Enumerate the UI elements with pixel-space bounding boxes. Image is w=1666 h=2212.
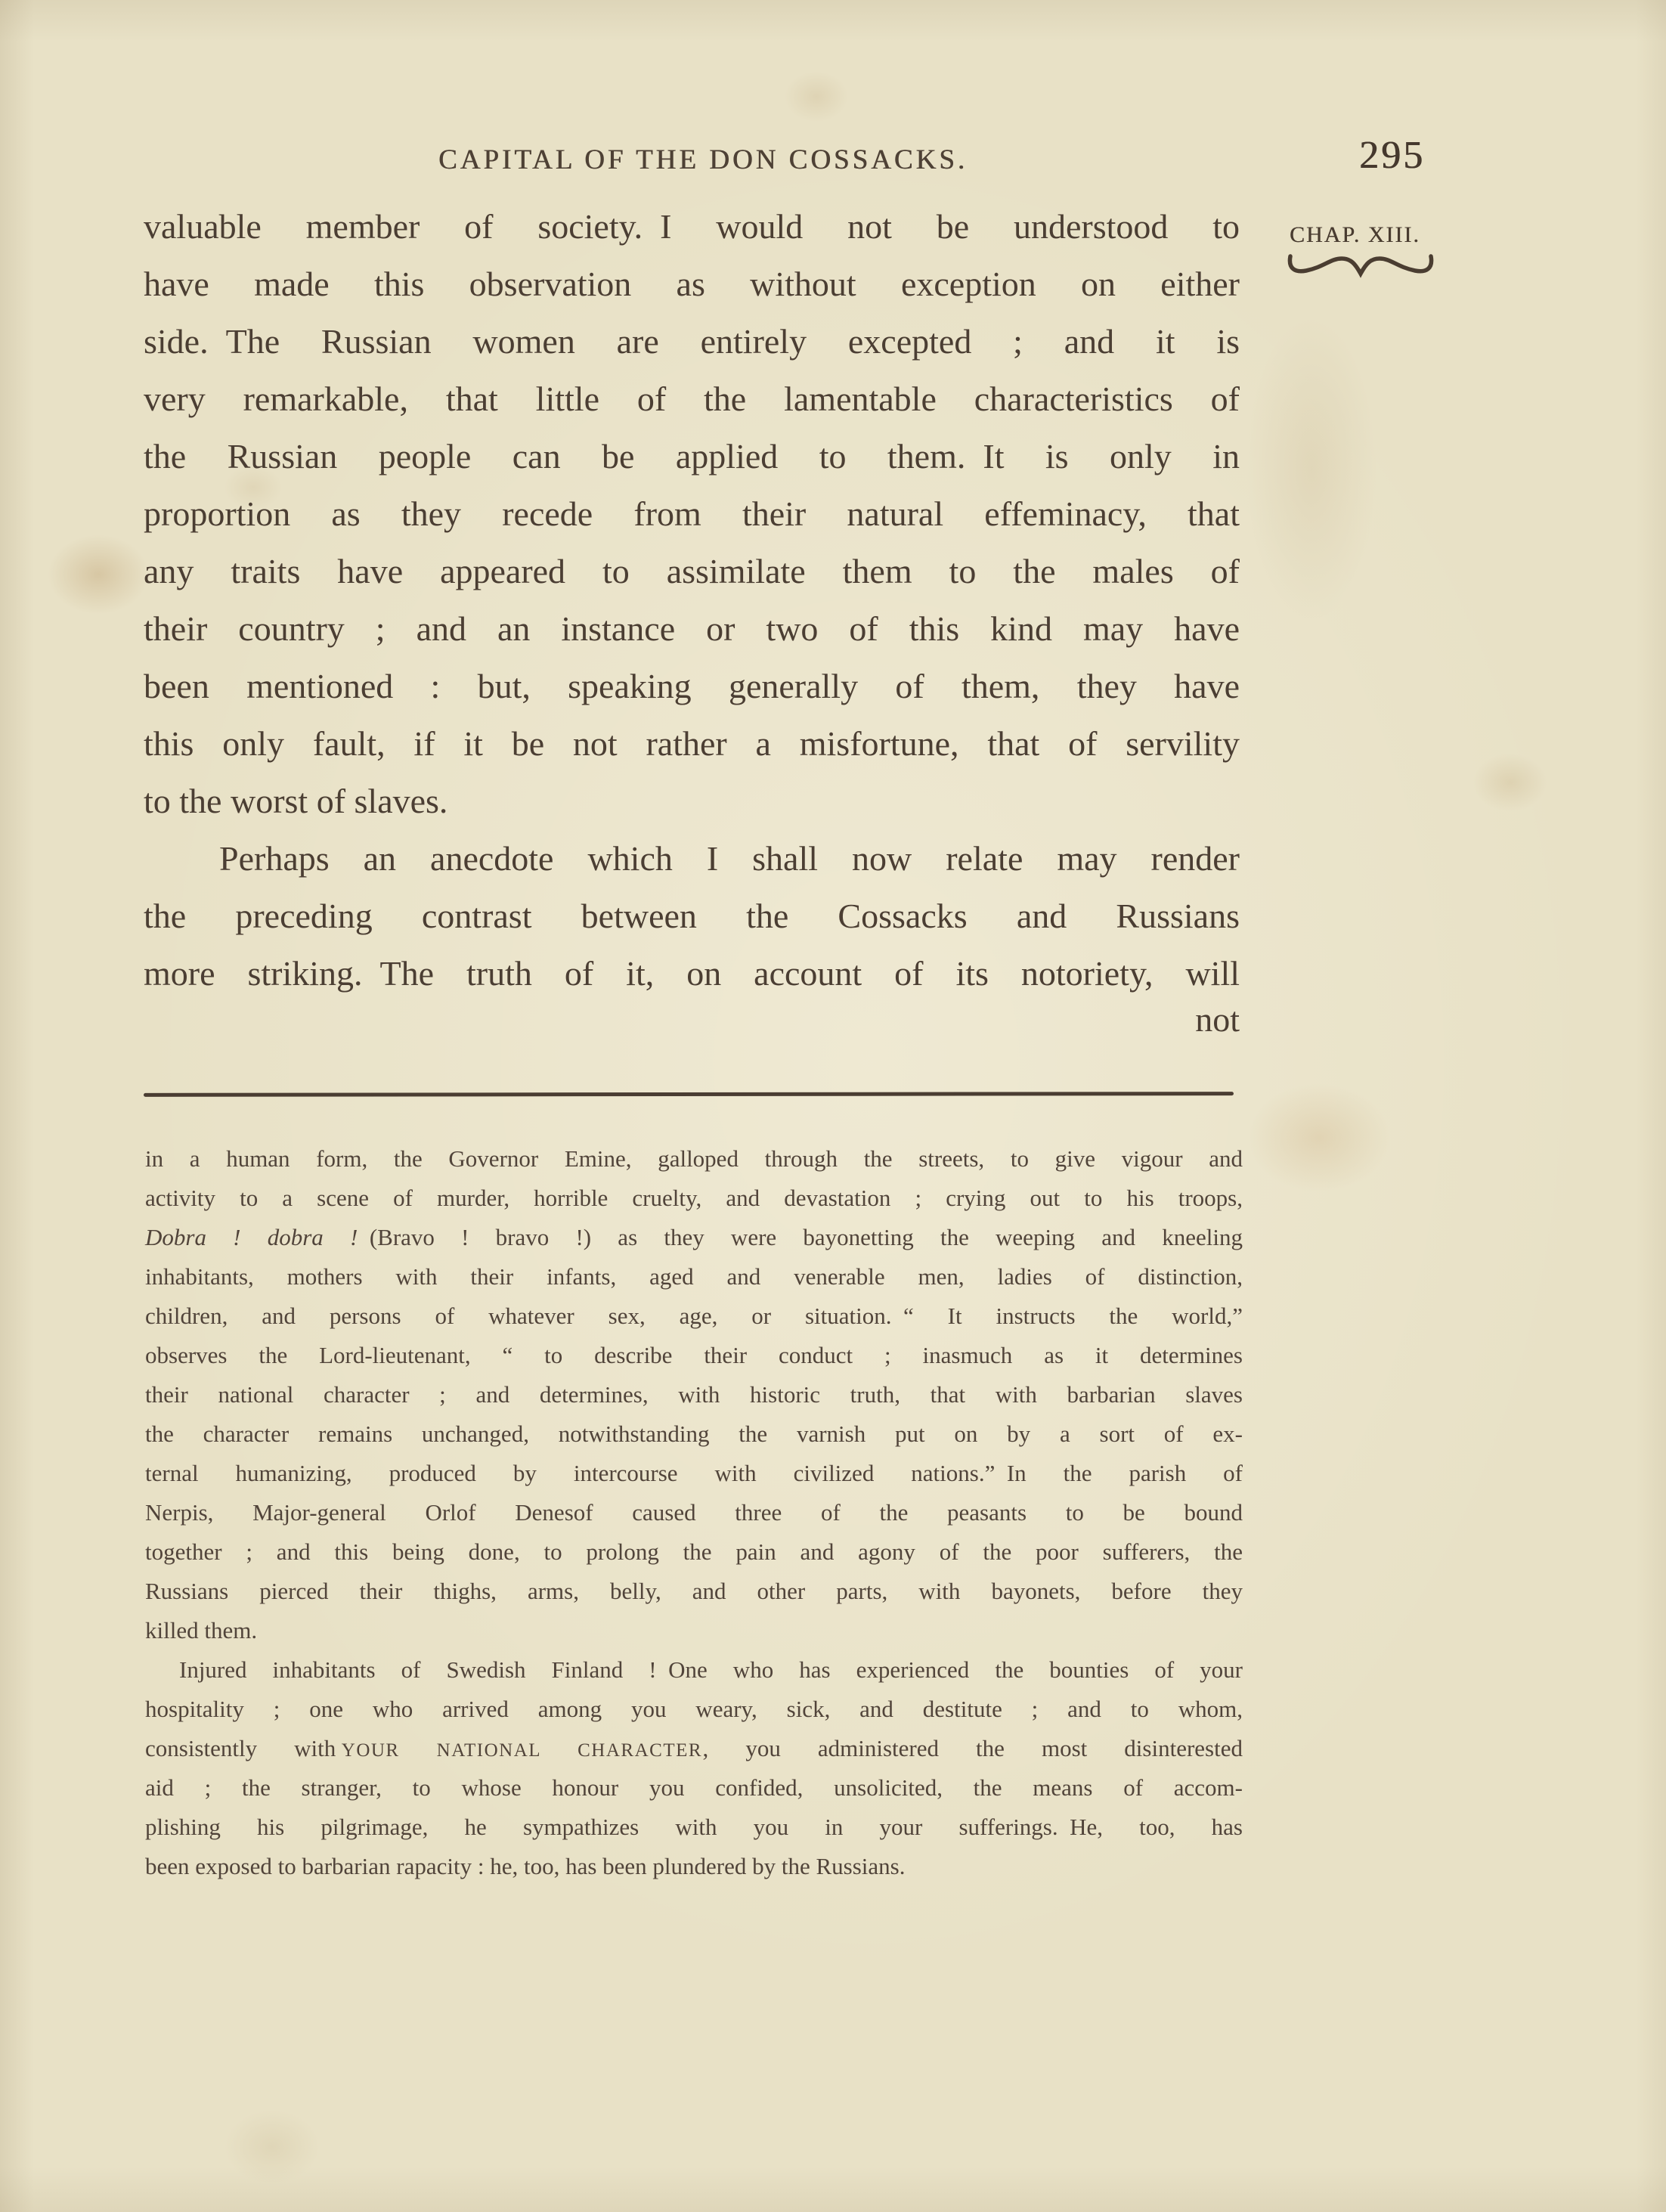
footnote-line: ternal humanizing, produced by intercour… [145,1454,1243,1493]
text-line: to the worst of slaves. [144,773,1240,830]
margin-chapter-note: CHAP. XIII. [1290,222,1420,248]
footnote-line: in a human form, the Governor Emine, gal… [145,1139,1243,1179]
footnote-line: been exposed to barbarian rapacity : he,… [145,1847,1243,1886]
footnote-line: hospitality ; one who arrived among you … [145,1690,1243,1729]
text-line: side. The Russian women are entirely exc… [144,313,1240,370]
footnote-line: Dobra ! dobra ! (Bravo ! bravo !) as the… [145,1218,1243,1257]
footnote-line: the character remains unchanged, notwith… [145,1414,1243,1454]
text-line: Perhaps an anecdote which I shall now re… [144,830,1240,888]
small-caps-phrase: YOUR NATIONAL CHARACTER [342,1740,702,1761]
footnote-paragraph: Injured inhabitants of Swedish Finland !… [145,1650,1243,1886]
text-line: any traits have appeared to assimilate t… [144,543,1240,600]
main-text-block: valuable member of society. I would not … [144,198,1240,1002]
footnote-line: killed them. [145,1611,1243,1650]
text-line: very remarkable, that little of the lame… [144,370,1240,428]
chapter-brace-icon [1285,249,1436,283]
footnote-line: Nerpis, Major-general Orlof Denesof caus… [145,1493,1243,1532]
running-head: CAPITAL OF THE DON COSSACKS. [155,144,1251,176]
paragraph: Perhaps an anecdote which I shall now re… [144,830,1240,1002]
footnote-line: activity to a scene of murder, horrible … [145,1179,1243,1218]
footnote-block: in a human form, the Governor Emine, gal… [145,1139,1243,1886]
paragraph: valuable member of society. I would not … [144,198,1240,830]
footnote-line-text: , you administered the most disintereste… [703,1735,1243,1761]
footnote-divider [144,1092,1234,1097]
page-number: 295 [1359,133,1425,178]
footnote-line: consistently withYOUR NATIONAL CHARACTER… [145,1729,1243,1768]
footnote-line: their national character ; and determine… [145,1375,1243,1414]
text-line: this only fault, if it be not rather a m… [144,715,1240,773]
footnote-line: aid ; the stranger, to whose honour you … [145,1768,1243,1808]
text-line: the preceding contrast between the Cossa… [144,888,1240,945]
footnote-line: children, and persons of whatever sex, a… [145,1297,1243,1336]
footnote-line: Injured inhabitants of Swedish Finland !… [145,1650,1243,1690]
catchword: not [144,999,1240,1039]
footnote-line-text: consistently with [145,1735,336,1761]
text-line: more striking. The truth of it, on accou… [144,945,1240,1002]
book-page: CAPITAL OF THE DON COSSACKS. 295 CHAP. X… [0,0,1666,2212]
text-line: proportion as they recede from their nat… [144,485,1240,543]
italic-phrase: Dobra ! dobra ! [145,1224,358,1250]
footnote-line: plishing his pilgrimage, he sympathizes … [145,1808,1243,1847]
footnote-line: inhabitants, mothers with their infants,… [145,1257,1243,1297]
footnote-line: together ; and this being done, to prolo… [145,1532,1243,1572]
footnote-line: observes the Lord-lieutenant, “ to descr… [145,1336,1243,1375]
text-line: have made this observation as without ex… [144,256,1240,313]
text-line: the Russian people can be applied to the… [144,428,1240,485]
text-line: valuable member of society. I would not … [144,198,1240,256]
text-line: their country ; and an instance or two o… [144,600,1240,658]
footnote-line: Russians pierced their thighs, arms, bel… [145,1572,1243,1611]
footnote-paragraph: in a human form, the Governor Emine, gal… [145,1139,1243,1650]
footnote-line-text: (Bravo ! bravo !) as they were bayonetti… [358,1224,1243,1250]
text-line: been mentioned : but, speaking generally… [144,658,1240,715]
